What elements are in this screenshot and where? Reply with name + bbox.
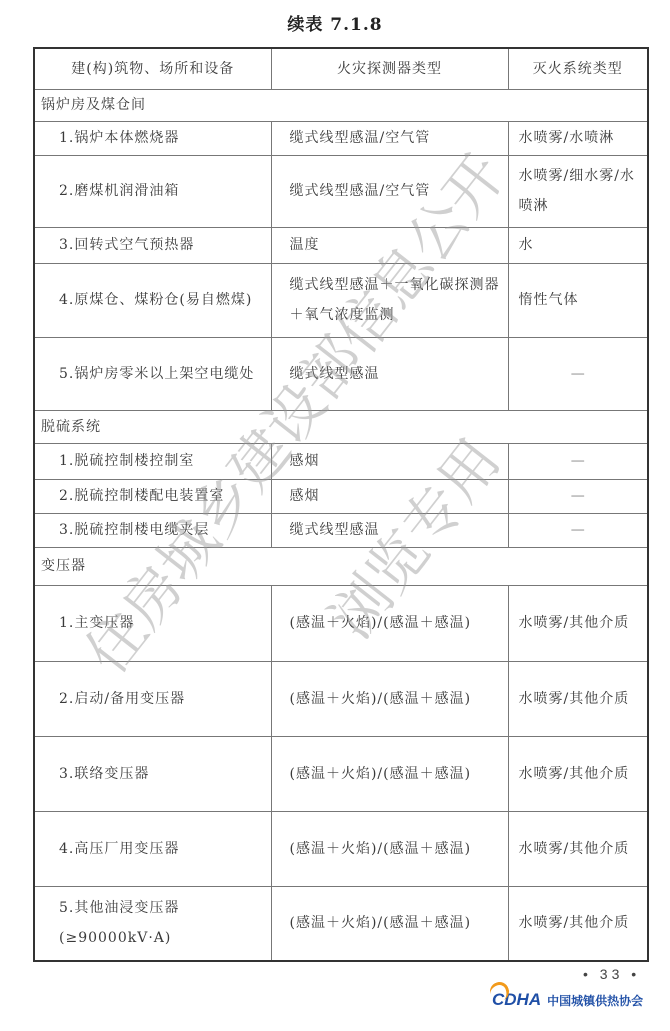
section-row: 变压器 (34, 547, 648, 585)
publisher-logo: CDHA 中国城镇供热协会 (492, 990, 643, 1010)
cell-detector: (感温＋火焰)/(感温＋感温) (271, 661, 508, 736)
cell-detector: (感温＋火焰)/(感温＋感温) (271, 811, 508, 886)
cell-item: 5.锅炉房零米以上架空电缆处 (34, 337, 271, 410)
cell-detector: 感烟 (271, 479, 508, 513)
section-row: 锅炉房及煤仓间 (34, 89, 648, 121)
cell-extinguish: — (508, 443, 648, 479)
publisher-name: 中国城镇供热协会 (547, 992, 643, 1009)
cdha-logo-icon: CDHA (492, 990, 541, 1010)
header-extinguishing-type: 灭火系统类型 (508, 48, 648, 89)
cell-extinguish: 水喷雾/其他介质 (508, 886, 648, 961)
cell-extinguish: 水喷雾/其他介质 (508, 585, 648, 661)
cell-extinguish: — (508, 479, 648, 513)
section-title: 锅炉房及煤仓间 (34, 89, 648, 121)
cell-detector: (感温＋火焰)/(感温＋感温) (271, 736, 508, 811)
cell-item: 2.磨煤机润滑油箱 (34, 155, 271, 227)
cell-item: 3.联络变压器 (34, 736, 271, 811)
table-row: 1.脱硫控制楼控制室 感烟 — (34, 443, 648, 479)
cell-extinguish: 水喷雾/其他介质 (508, 811, 648, 886)
header-building: 建(构)筑物、场所和设备 (34, 48, 271, 89)
cell-extinguish: — (508, 513, 648, 547)
cell-detector: (感温＋火焰)/(感温＋感温) (271, 585, 508, 661)
cell-item: 3.脱硫控制楼电缆夹层 (34, 513, 271, 547)
cell-item: 5.其他油浸变压器(≥90000kV·A) (34, 886, 271, 961)
cell-item: 2.启动/备用变压器 (34, 661, 271, 736)
cell-extinguish: 水喷雾/其他介质 (508, 661, 648, 736)
table-row: 4.原煤仓、煤粉仓(易自燃煤) 缆式线型感温＋一氧化碳探测器＋氧气浓度监测 惰性… (34, 263, 648, 337)
section-title: 脱硫系统 (34, 410, 648, 443)
table-row: 4.高压厂用变压器 (感温＋火焰)/(感温＋感温) 水喷雾/其他介质 (34, 811, 648, 886)
table-row: 2.脱硫控制楼配电装置室 感烟 — (34, 479, 648, 513)
section-row: 脱硫系统 (34, 410, 648, 443)
table-header-row: 建(构)筑物、场所和设备 火灾探测器类型 灭火系统类型 (34, 48, 648, 89)
table-row: 3.回转式空气预热器 温度 水 (34, 227, 648, 263)
cell-detector: 温度 (271, 227, 508, 263)
table-row: 1.主变压器 (感温＋火焰)/(感温＋感温) 水喷雾/其他介质 (34, 585, 648, 661)
cell-detector: 缆式线型感温 (271, 337, 508, 410)
header-detector-type: 火灾探测器类型 (271, 48, 508, 89)
table-row: 5.锅炉房零米以上架空电缆处 缆式线型感温 — (34, 337, 648, 410)
section-title: 变压器 (34, 547, 648, 585)
cell-extinguish: 惰性气体 (508, 263, 648, 337)
page-number: • 33 • (583, 966, 640, 982)
cell-extinguish: 水 (508, 227, 648, 263)
cell-extinguish: 水喷雾/水喷淋 (508, 121, 648, 155)
cell-detector: 缆式线型感温 (271, 513, 508, 547)
table-row: 3.联络变压器 (感温＋火焰)/(感温＋感温) 水喷雾/其他介质 (34, 736, 648, 811)
cell-item: 1.主变压器 (34, 585, 271, 661)
cell-item: 2.脱硫控制楼配电装置室 (34, 479, 271, 513)
cell-detector: 缆式线型感温/空气管 (271, 155, 508, 227)
cell-item: 4.原煤仓、煤粉仓(易自燃煤) (34, 263, 271, 337)
table-caption: 续表 7.1.8 (0, 10, 670, 35)
table-row: 2.启动/备用变压器 (感温＋火焰)/(感温＋感温) 水喷雾/其他介质 (34, 661, 648, 736)
cell-extinguish: 水喷雾/其他介质 (508, 736, 648, 811)
cell-item: 4.高压厂用变压器 (34, 811, 271, 886)
cell-detector: 感烟 (271, 443, 508, 479)
table-row: 5.其他油浸变压器(≥90000kV·A) (感温＋火焰)/(感温＋感温) 水喷… (34, 886, 648, 961)
fire-protection-table: 建(构)筑物、场所和设备 火灾探测器类型 灭火系统类型 锅炉房及煤仓间 1.锅炉… (33, 47, 649, 962)
cell-item: 1.锅炉本体燃烧器 (34, 121, 271, 155)
table-row: 3.脱硫控制楼电缆夹层 缆式线型感温 — (34, 513, 648, 547)
cell-item: 1.脱硫控制楼控制室 (34, 443, 271, 479)
cell-item: 3.回转式空气预热器 (34, 227, 271, 263)
cell-detector: 缆式线型感温/空气管 (271, 121, 508, 155)
cell-extinguish: 水喷雾/细水雾/水喷淋 (508, 155, 648, 227)
cell-detector: 缆式线型感温＋一氧化碳探测器＋氧气浓度监测 (271, 263, 508, 337)
cell-extinguish: — (508, 337, 648, 410)
table-row: 1.锅炉本体燃烧器 缆式线型感温/空气管 水喷雾/水喷淋 (34, 121, 648, 155)
cell-detector: (感温＋火焰)/(感温＋感温) (271, 886, 508, 961)
table-row: 2.磨煤机润滑油箱 缆式线型感温/空气管 水喷雾/细水雾/水喷淋 (34, 155, 648, 227)
